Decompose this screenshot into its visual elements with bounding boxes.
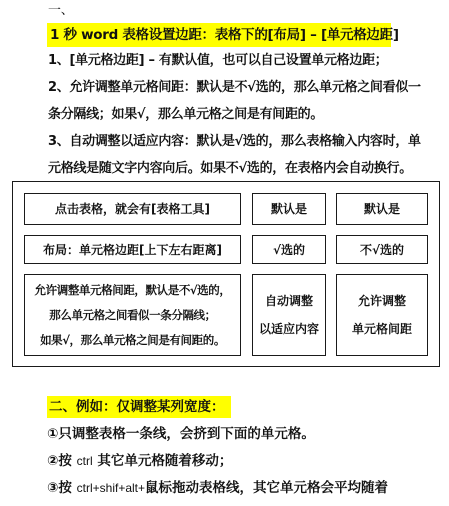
paragraph-3-line-1: 3、自动调整以适应内容：默认是√选的，那么表格输入内容时，单 <box>48 133 421 151</box>
section2-heading-text: 二、例如：仅调整某列宽度： <box>49 399 225 415</box>
document-title: 1 秒 word 表格设置边距：表格下的[布局] – [单元格边距] <box>47 23 391 47</box>
cell-text: 默认是 <box>271 200 307 218</box>
section1-marker: 一、 <box>48 2 73 20</box>
paragraph-3-line-2: 元格线是随文字内容向后。如果不√选的，在表格内会自动换行。 <box>48 160 412 178</box>
cell-line: 如果√，那么单元格之间是有间距的。 <box>40 328 225 353</box>
cell-r2-c3: 不√选的 <box>336 235 428 264</box>
cell-text: 布局：单元格边距[上下左右距离] <box>43 241 222 259</box>
item-text: ①只调整表格一条线，会挤到下面的单元格。 <box>47 426 315 442</box>
cell-line: 允许调整单元格间距，默认是不√选的， <box>35 278 231 303</box>
cell-line: 允许调整 <box>358 287 406 315</box>
cell-r1-c2: 默认是 <box>252 193 326 225</box>
item-prefix: ②按 <box>47 453 77 469</box>
paragraph-1: 1、[单元格边距] – 有默认值，也可以自己设置单元格边距； <box>48 52 387 70</box>
cell-text: 点击表格，就会有[表格工具] <box>55 200 210 218</box>
cell-r1-c1: 点击表格，就会有[表格工具] <box>24 193 241 225</box>
paragraph-2-line-1: 2、允许调整单元格间距：默认是不√选的，那么单元格之间看似一 <box>48 79 421 97</box>
paragraph-2-line-2: 条分隔线；如果√，那么单元格之间是有间距的。 <box>48 106 323 124</box>
cell-text: √选的 <box>273 241 305 259</box>
cell-r3-c2: 自动调整 以适应内容 <box>252 274 326 356</box>
keyboard-key: ctrl+shif+alt+ <box>77 481 145 495</box>
cell-line: 那么单元格之间看似一条分隔线； <box>49 303 216 328</box>
cell-r3-c3: 允许调整 单元格间距 <box>336 274 428 356</box>
section2-item-1: ①只调整表格一条线，会挤到下面的单元格。 <box>47 424 315 444</box>
cell-r2-c1: 布局：单元格边距[上下左右距离] <box>24 235 241 264</box>
cell-line: 自动调整 <box>265 287 313 315</box>
title-text: 1 秒 word 表格设置边距：表格下的[布局] – [单元格边距] <box>50 27 399 43</box>
item-prefix: ③按 <box>47 480 77 496</box>
cell-text: 默认是 <box>364 200 400 218</box>
cell-text: 不√选的 <box>360 241 404 259</box>
cell-line: 单元格间距 <box>352 315 412 343</box>
item-suffix: 其它单元格随着移动； <box>93 453 233 469</box>
item-suffix: 鼠标拖动表格线，其它单元格会平均随着 <box>145 480 388 496</box>
cell-line: 以适应内容 <box>259 315 319 343</box>
section2-item-3: ③按 ctrl+shif+alt+鼠标拖动表格线，其它单元格会平均随着 <box>47 478 388 498</box>
cell-r1-c3: 默认是 <box>336 193 428 225</box>
keyboard-key: ctrl <box>77 454 93 468</box>
cell-r3-c1: 允许调整单元格间距，默认是不√选的， 那么单元格之间看似一条分隔线； 如果√，那… <box>24 274 241 356</box>
section2-heading: 二、例如：仅调整某列宽度： <box>47 396 231 418</box>
cell-r2-c2: √选的 <box>252 235 326 264</box>
section2-item-2: ②按 ctrl 其它单元格随着移动； <box>47 451 232 471</box>
